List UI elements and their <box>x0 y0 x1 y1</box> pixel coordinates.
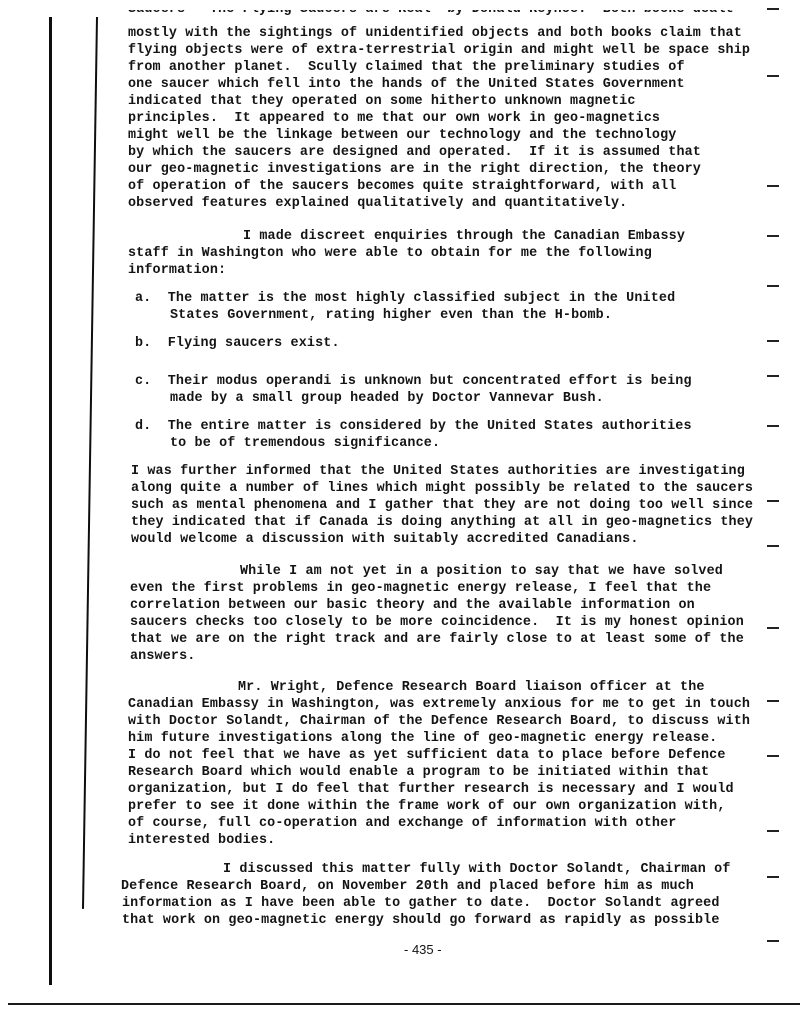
text-line: While I am not yet in a position to say … <box>240 564 723 580</box>
text-line: interested bodies. <box>128 833 275 849</box>
text-line: I discussed this matter fully with Docto… <box>223 862 731 878</box>
text-line: staff in Washington who were able to obt… <box>128 246 652 262</box>
text-line: mostly with the sightings of unidentifie… <box>128 26 742 42</box>
text-line: with Doctor Solandt, Chairman of the Def… <box>128 714 750 730</box>
text-line: I made discreet enquiries through the Ca… <box>243 229 685 245</box>
margin-tick-mark <box>767 755 779 757</box>
text-line: Defence Research Board, on November 20th… <box>121 879 694 895</box>
text-line: by which the saucers are designed and op… <box>128 145 701 161</box>
text-line: b. Flying saucers exist. <box>135 336 340 352</box>
margin-tick-mark <box>767 940 779 942</box>
text-line: Mr. Wright, Defence Research Board liais… <box>238 680 705 696</box>
text-line: him future investigations along the line… <box>128 731 717 747</box>
text-line: that we are on the right track and are f… <box>130 632 744 648</box>
margin-tick-mark <box>767 500 779 502</box>
text-line: a. The matter is the most highly classif… <box>135 291 675 307</box>
text-line: d. The entire matter is considered by th… <box>135 419 692 435</box>
text-line: I do not feel that we have as yet suffic… <box>128 748 726 764</box>
margin-tick-mark <box>767 876 779 878</box>
text-line: principles. It appeared to me that our o… <box>128 111 660 127</box>
text-line: even the first problems in geo-magnetic … <box>130 581 711 597</box>
text-line: correlation between our basic theory and… <box>130 598 695 614</box>
text-line: organization, but I do feel that further… <box>128 782 734 798</box>
margin-tick-mark <box>767 700 779 702</box>
margin-tick-mark <box>767 375 779 377</box>
text-line: that work on geo-magnetic energy should … <box>122 913 720 929</box>
text-line: information as I have been able to gathe… <box>122 896 720 912</box>
text-line: observed features explained qualitativel… <box>128 196 627 212</box>
page-number: - 435 - <box>404 942 442 957</box>
text-line: States Government, rating higher even th… <box>170 308 612 324</box>
text-line: flying objects were of extra-terrestrial… <box>128 43 750 59</box>
text-line: c. Their modus operandi is unknown but c… <box>135 374 692 390</box>
text-line: one saucer which fell into the hands of … <box>128 77 685 93</box>
text-line: Research Board which would enable a prog… <box>128 765 709 781</box>
text-line: Canadian Embassy in Washington, was extr… <box>128 697 750 713</box>
text-line: such as mental phenomena and I gather th… <box>131 498 753 514</box>
left-margin-rule-outer <box>49 17 52 985</box>
margin-tick-mark <box>767 627 779 629</box>
text-line: our geo-magnetic investigations are in t… <box>128 162 701 178</box>
left-margin-rule-inner <box>82 17 98 909</box>
text-line: saucers checks too closely to be more co… <box>130 615 744 631</box>
margin-tick-mark <box>767 545 779 547</box>
margin-tick-mark <box>767 8 779 10</box>
margin-tick-mark <box>767 830 779 832</box>
margin-tick-mark <box>767 425 779 427</box>
text-line: made by a small group headed by Doctor V… <box>170 391 604 407</box>
text-line: along quite a number of lines which migh… <box>131 481 753 497</box>
text-line: I was further informed that the United S… <box>131 464 745 480</box>
text-line: of operation of the saucers becomes quit… <box>128 179 676 195</box>
text-line: indicated that they operated on some hit… <box>128 94 636 110</box>
margin-tick-mark <box>767 75 779 77</box>
margin-tick-mark <box>767 340 779 342</box>
text-line: from another planet. Scully claimed that… <box>128 60 685 76</box>
text-line: might well be the linkage between our te… <box>128 128 676 144</box>
margin-tick-mark <box>767 185 779 187</box>
margin-tick-mark <box>767 235 779 237</box>
text-line: Saucers" "The Flying Saucers are Real" b… <box>128 2 734 18</box>
text-line: would welcome a discussion with suitably… <box>131 532 639 548</box>
margin-tick-mark <box>767 285 779 287</box>
text-line: they indicated that if Canada is doing a… <box>131 515 753 531</box>
text-line: of course, full co-operation and exchang… <box>128 816 676 832</box>
bottom-scan-edge <box>8 1003 800 1005</box>
text-line: information: <box>128 263 226 279</box>
text-line: prefer to see it done within the frame w… <box>128 799 726 815</box>
text-line: to be of tremendous significance. <box>170 436 440 452</box>
text-line: answers. <box>130 649 196 665</box>
